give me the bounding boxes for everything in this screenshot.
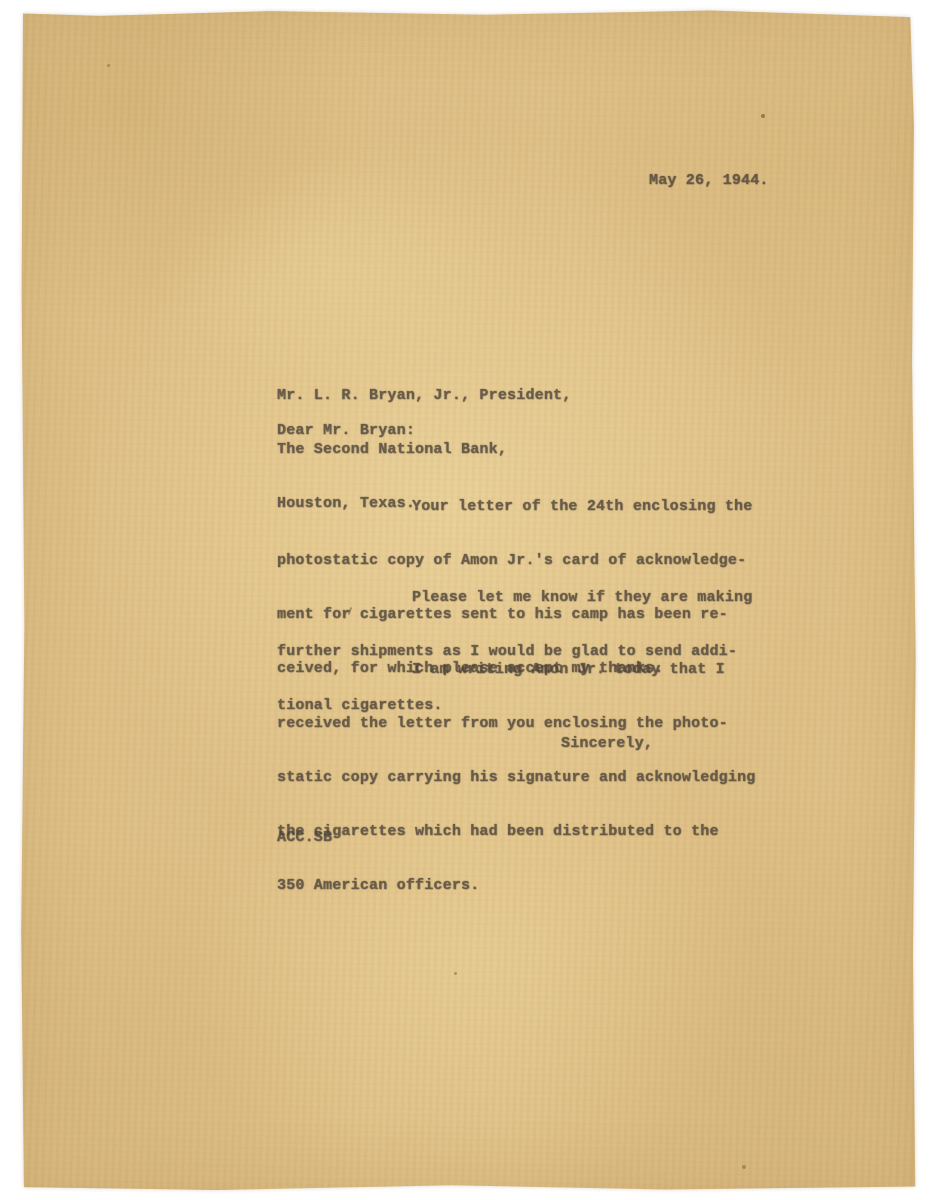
paragraph-line: I am writing Amon Jr. today that I bbox=[412, 661, 755, 679]
paper-speck bbox=[761, 114, 765, 118]
paragraph-line: received the letter from you enclosing t… bbox=[277, 715, 755, 733]
paragraph-line: static copy carrying his signature and a… bbox=[277, 769, 755, 787]
paragraph-line: Your letter of the 24th enclosing the bbox=[412, 498, 752, 516]
recipient-line: Mr. L. R. Bryan, Jr., President, bbox=[277, 387, 571, 405]
scan-page: May 26, 1944. Mr. L. R. Bryan, Jr., Pres… bbox=[0, 0, 933, 1200]
paragraph-line: the cigarettes which had been distribute… bbox=[277, 823, 755, 841]
paragraph-3: I am writing Amon Jr. today that I recei… bbox=[277, 625, 755, 931]
salutation: Dear Mr. Bryan: bbox=[277, 422, 415, 440]
letter-paper: May 26, 1944. Mr. L. R. Bryan, Jr., Pres… bbox=[19, 7, 917, 1193]
reference-initials: ACC.SB bbox=[277, 829, 332, 847]
paper-speck bbox=[742, 1165, 746, 1169]
closing: Sincerely, bbox=[561, 735, 653, 753]
date-line: May 26, 1944. bbox=[649, 172, 769, 190]
paragraph-line: Please let me know if they are making bbox=[412, 589, 752, 607]
paper-speck bbox=[107, 64, 110, 67]
recipient-line: The Second National Bank, bbox=[277, 441, 571, 459]
paragraph-line: 350 American officers. bbox=[277, 877, 755, 895]
paper-shadow-wrap: May 26, 1944. Mr. L. R. Bryan, Jr., Pres… bbox=[0, 0, 933, 1200]
paper-speck bbox=[454, 972, 457, 975]
